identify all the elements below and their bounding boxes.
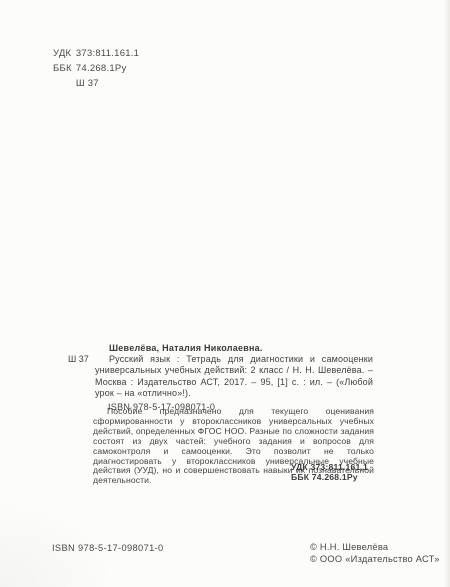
- bbk-label: ББК: [53, 61, 73, 76]
- footer-isbn: ISBN 978-5-17-098071-0: [52, 543, 164, 553]
- copyright-author-line: © Н.Н. Шевелёва: [310, 542, 440, 554]
- udk-value: 373:811.161.1: [76, 48, 139, 59]
- bbk-line: ББК 74.268.1Ру: [53, 61, 139, 76]
- udk-line: УДК 373:811.161.1: [53, 46, 139, 61]
- bbk-bold-line: ББК 74.268.1Ру: [291, 473, 368, 483]
- copyright-publisher-line: © ООО «Издательство АСТ»: [310, 554, 440, 566]
- book-imprint-page: УДК 373:811.161.1 ББК 74.268.1Ру Ш 37 Ше…: [0, 0, 450, 587]
- classification-bottom-block: УДК 373:811.161.1 ББК 74.268.1Ру: [291, 463, 368, 482]
- copyright-block: © Н.Н. Шевелёва © ООО «Издательство АСТ»: [310, 542, 440, 565]
- author-sign-line: Ш 37: [53, 76, 139, 91]
- catalog-card-author-sign: Ш 37: [68, 354, 89, 365]
- catalog-card: Шевелёва, Наталия Николаевна. Ш 37 Русск…: [95, 343, 373, 413]
- bibliographic-citation: Русский язык : Тетрадь для диагностики и…: [95, 354, 373, 399]
- udk-label: УДК: [53, 46, 73, 61]
- bbk-value: 74.268.1Ру: [76, 63, 127, 74]
- author-sign: Ш 37: [76, 78, 99, 89]
- catalog-card-author: Шевелёва, Наталия Николаевна.: [109, 343, 373, 354]
- classification-top-block: УДК 373:811.161.1 ББК 74.268.1Ру Ш 37: [53, 46, 139, 91]
